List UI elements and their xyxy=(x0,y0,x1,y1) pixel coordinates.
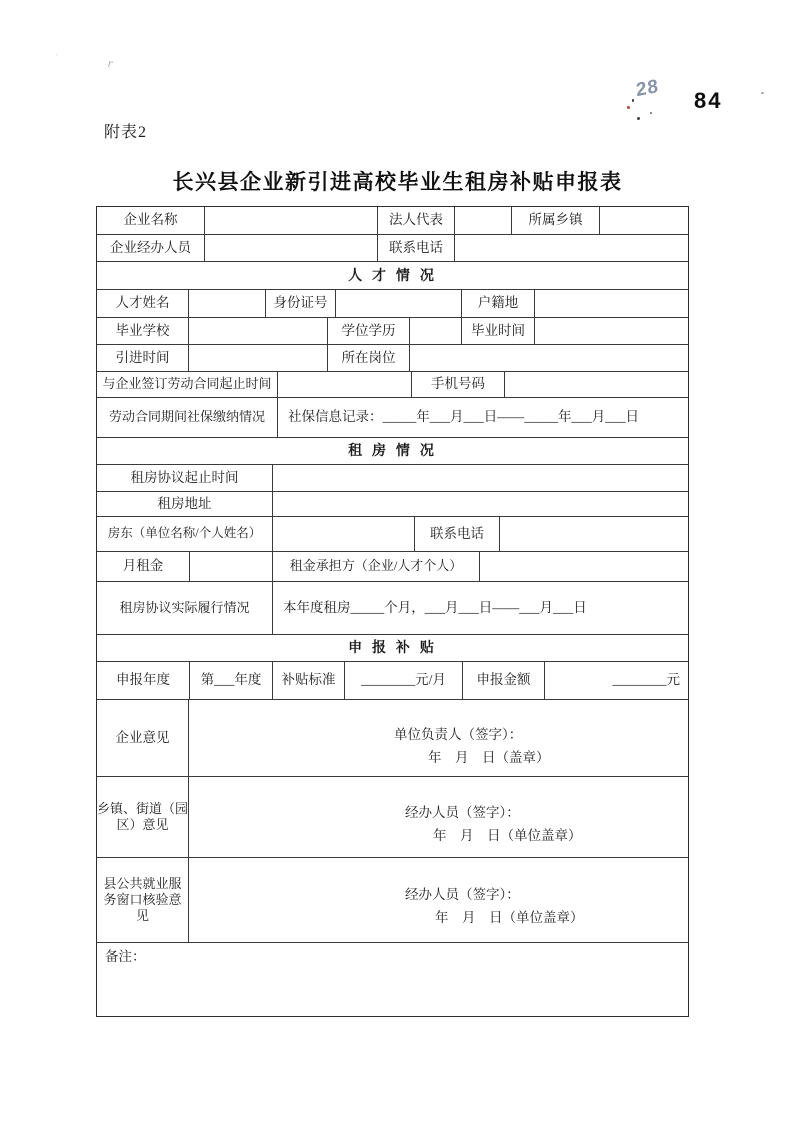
scanned-form-page: ˏ r 28 84 附表2 长兴县企业新引进高校毕业生租房补贴申报表 企业名称 … xyxy=(0,0,795,1123)
section-row: 申 报 补 贴 xyxy=(97,635,688,662)
declare-year-label: 申报年度 xyxy=(97,662,190,700)
monthly-rent-value xyxy=(190,552,273,582)
subsidy-standard-label: 补贴标准 xyxy=(273,662,345,700)
date-line: 年 月 日（单位盖章） xyxy=(433,824,582,847)
declare-amount-value: ________元 xyxy=(545,662,688,700)
scan-speck xyxy=(637,117,640,120)
position-value xyxy=(410,345,688,372)
table-row: 申报年度 第___年度 补贴标准 ________元/月 申报金额 ______… xyxy=(97,662,688,700)
township-opinion-area: 经办人员（签字）： 年 月 日（单位盖章） xyxy=(189,777,688,858)
actual-performance-label: 租房协议实际履行情况 xyxy=(97,582,273,635)
table-row: 乡镇、街道（园区）意见 经办人员（签字）： 年 月 日（单位盖章） xyxy=(97,777,688,858)
graduation-time-value xyxy=(535,318,688,345)
subsidy-standard-value: ________元/月 xyxy=(345,662,463,700)
position-label: 所在岗位 xyxy=(328,345,410,372)
handwritten-page-number: 84 xyxy=(694,88,722,114)
company-opinion-label: 企业意见 xyxy=(97,700,189,777)
scan-speck: ˏ xyxy=(52,46,58,56)
landlord-value xyxy=(273,517,415,552)
table-row: 企业名称 法人代表 所属乡镇 xyxy=(97,207,688,235)
signature-line: 经办人员（签字）： xyxy=(405,805,520,820)
township-opinion-label: 乡镇、街道（园区）意见 xyxy=(97,777,189,858)
company-name-label: 企业名称 xyxy=(97,207,205,235)
contract-period-label: 与企业签订劳动合同起止时间 xyxy=(97,372,278,398)
landlord-phone-value xyxy=(500,517,688,552)
contract-period-value xyxy=(278,372,412,398)
table-row: 引进时间 所在岗位 xyxy=(97,345,688,372)
declare-amount-label: 申报金额 xyxy=(463,662,545,700)
actual-performance-value: 本年度租房_____个月，___月___日——___月___日 xyxy=(273,582,688,635)
handwritten-stamp-number: 28 xyxy=(635,76,660,102)
township-opinion-signature: 经办人员（签字）： 年 月 日（单位盖章） xyxy=(405,801,582,847)
county-opinion-area: 经办人员（签字）： 年 月 日（单位盖章） xyxy=(189,858,688,943)
rental-agreement-period-value xyxy=(273,465,688,492)
signature-line: 经办人员（签字）： xyxy=(405,887,520,902)
graduation-time-label: 毕业时间 xyxy=(462,318,535,345)
signature-line: 单位负责人（签字）： xyxy=(394,727,522,742)
scan-mark: r xyxy=(107,56,114,72)
county-opinion-label: 县公共就业服务窗口核验意见 xyxy=(97,858,189,943)
company-phone-label: 联系电话 xyxy=(378,235,455,262)
table-row: 企业意见 单位负责人（签字）： 年 月 日（盖章） xyxy=(97,700,688,777)
rental-agreement-period-label: 租房协议起止时间 xyxy=(97,465,273,492)
company-opinion-signature: 单位负责人（签字）： 年 月 日（盖章） xyxy=(394,723,550,769)
form-title: 长兴县企业新引进高校毕业生租房补贴申报表 xyxy=(0,166,795,196)
table-row: 月租金 租金承担方（企业/人才个人） xyxy=(97,552,688,582)
talent-name-label: 人才姓名 xyxy=(97,290,189,318)
landlord-label: 房东（单位名称/个人姓名） xyxy=(97,517,273,552)
table-row: 企业经办人员 联系电话 xyxy=(97,235,688,262)
company-opinion-area: 单位负责人（签字）： 年 月 日（盖章） xyxy=(189,700,688,777)
introduction-time-value xyxy=(189,345,328,372)
landlord-phone-label: 联系电话 xyxy=(415,517,500,552)
company-phone-value xyxy=(455,235,688,262)
legal-rep-label: 法人代表 xyxy=(378,207,455,235)
introduction-time-label: 引进时间 xyxy=(97,345,189,372)
legal-rep-value xyxy=(455,207,512,235)
company-agent-value xyxy=(205,235,378,262)
table-row: 租房协议起止时间 xyxy=(97,465,688,492)
scan-speck xyxy=(632,99,634,102)
table-row: 毕业学校 学位学历 毕业时间 xyxy=(97,318,688,345)
rent-payer-label: 租金承担方（企业/人才个人） xyxy=(273,552,480,582)
scan-speck xyxy=(650,112,652,114)
section-row: 租 房 情 况 xyxy=(97,438,688,465)
mobile-value xyxy=(505,372,688,398)
table-row: 租房协议实际履行情况 本年度租房_____个月，___月___日——___月__… xyxy=(97,582,688,635)
company-name-value xyxy=(205,207,378,235)
table-row: 劳动合同期间社保缴纳情况 社保信息记录：_____年___月___日——____… xyxy=(97,398,688,438)
mobile-label: 手机号码 xyxy=(412,372,505,398)
date-line: 年 月 日（盖章） xyxy=(428,746,550,769)
rental-address-label: 租房地址 xyxy=(97,492,273,517)
application-form-table: 企业名称 法人代表 所属乡镇 企业经办人员 联系电话 人 才 情 况 人才姓名 … xyxy=(96,206,689,1017)
county-opinion-signature: 经办人员（签字）： 年 月 日（单位盖章） xyxy=(405,883,584,929)
table-row: 县公共就业服务窗口核验意见 经办人员（签字）： 年 月 日（单位盖章） xyxy=(97,858,688,943)
subsidy-section-title: 申 报 补 贴 xyxy=(97,635,688,662)
table-row: 人才姓名 身份证号 户籍地 xyxy=(97,290,688,318)
rental-section-title: 租 房 情 况 xyxy=(97,438,688,465)
degree-label: 学位学历 xyxy=(328,318,410,345)
section-row: 人 才 情 况 xyxy=(97,262,688,290)
id-number-value xyxy=(336,290,462,318)
rent-payer-value xyxy=(480,552,688,582)
social-security-label: 劳动合同期间社保缴纳情况 xyxy=(97,398,278,438)
school-label: 毕业学校 xyxy=(97,318,189,345)
scan-speck xyxy=(627,106,630,109)
social-security-record: 社保信息记录：_____年___月___日——_____年___月___日 xyxy=(278,398,688,438)
school-value xyxy=(189,318,328,345)
table-row: 备注： xyxy=(97,943,688,1016)
table-row: 租房地址 xyxy=(97,492,688,517)
id-number-label: 身份证号 xyxy=(266,290,336,318)
company-agent-label: 企业经办人员 xyxy=(97,235,205,262)
remarks-label: 备注： xyxy=(97,943,688,1016)
registered-residence-label: 户籍地 xyxy=(462,290,535,318)
township-value xyxy=(600,207,688,235)
rental-address-value xyxy=(273,492,688,517)
table-row: 与企业签订劳动合同起止时间 手机号码 xyxy=(97,372,688,398)
date-line: 年 月 日（单位盖章） xyxy=(435,906,584,929)
talent-name-value xyxy=(189,290,266,318)
degree-value xyxy=(410,318,462,345)
table-row: 房东（单位名称/个人姓名） 联系电话 xyxy=(97,517,688,552)
declare-year-value: 第___年度 xyxy=(190,662,273,700)
scan-speck xyxy=(761,92,764,94)
registered-residence-value xyxy=(535,290,688,318)
attachment-label: 附表2 xyxy=(104,119,147,142)
talent-section-title: 人 才 情 况 xyxy=(97,262,688,290)
monthly-rent-label: 月租金 xyxy=(97,552,190,582)
township-label: 所属乡镇 xyxy=(512,207,600,235)
